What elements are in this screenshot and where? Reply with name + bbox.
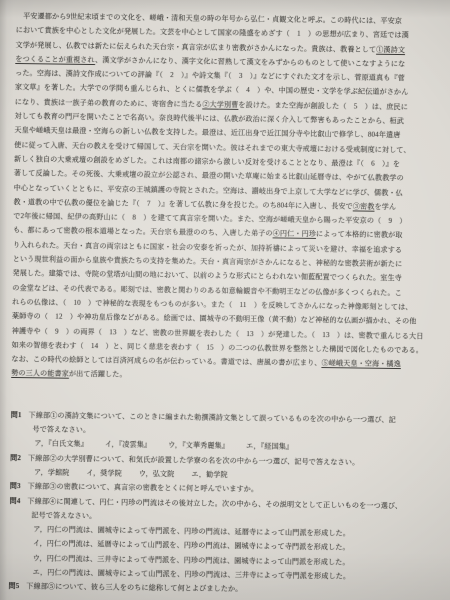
- question-body: 下線部③の密教について、真言宗の密教をとくに何と呼んでいますか。: [28, 482, 259, 493]
- question-label: 問5: [8, 582, 19, 590]
- option-item: エ，『経国集』: [246, 439, 293, 454]
- question-label: 問3: [10, 482, 21, 490]
- question-label: 問2: [10, 454, 21, 462]
- option-item: イ，奨学院: [86, 466, 122, 481]
- option-column: ア，円仁の門流は、園城寺によって寺門派を、円珍の門流は、延暦寺によって山門派を形…: [9, 522, 436, 585]
- question-1: 問1下線部①の漢詩文集について、このときに編まれた勅撰漢詩文集として誤っているも…: [10, 408, 437, 456]
- exam-sheet-photo: 平安遷都から9世紀末頃までの文化を、嵯峨・清和天皇の時の年号から弘仁・貞観文化と…: [0, 0, 450, 600]
- option-item: ウ，弘文院: [139, 467, 175, 482]
- option-item: ウ，『文華秀麗集』: [168, 438, 229, 453]
- question-4: 問4下線部④に関連して、円仁・円珍の門流はその後対立した。次の中から、その説明文…: [9, 493, 436, 584]
- question-body: 下線部①の漢詩文集について、このときに編まれた勅撰漢詩文集として誤っているものを…: [29, 411, 396, 424]
- option-item: ア，『白氏文集』: [34, 437, 88, 452]
- option-item: ア，学館院: [34, 465, 70, 480]
- option-item: イ，『凌雲集』: [105, 438, 151, 453]
- question-list: 問1下線部①の漢詩文集について、このときに編まれた勅撰漢詩文集として誤っているも…: [8, 408, 436, 599]
- option-item: エ，勧学院: [191, 467, 227, 482]
- question-body: 下線部④に関連して、円仁・円珍の門流はその後対立した。次の中から、その説明文とし…: [27, 497, 402, 510]
- exam-page: 平安遷都から9世紀末頃までの文化を、嵯峨・清和天皇の時の年号から弘仁・貞観文化と…: [8, 9, 442, 599]
- question-label: 問1: [11, 411, 22, 419]
- passage: 平安遷都から9世紀末頃までの文化を、嵯峨・清和天皇の時の年号から弘仁・貞観文化と…: [11, 9, 442, 386]
- question-label: 問4: [10, 496, 21, 504]
- question-body: 下線部②の大学別曹について、和気氏が設置した学寮の名を次の中から一つ選び、記号で…: [28, 454, 359, 466]
- question-body: 下線部⑤について、彼ら三人をのちに総称して何とよびましたか。: [26, 582, 242, 593]
